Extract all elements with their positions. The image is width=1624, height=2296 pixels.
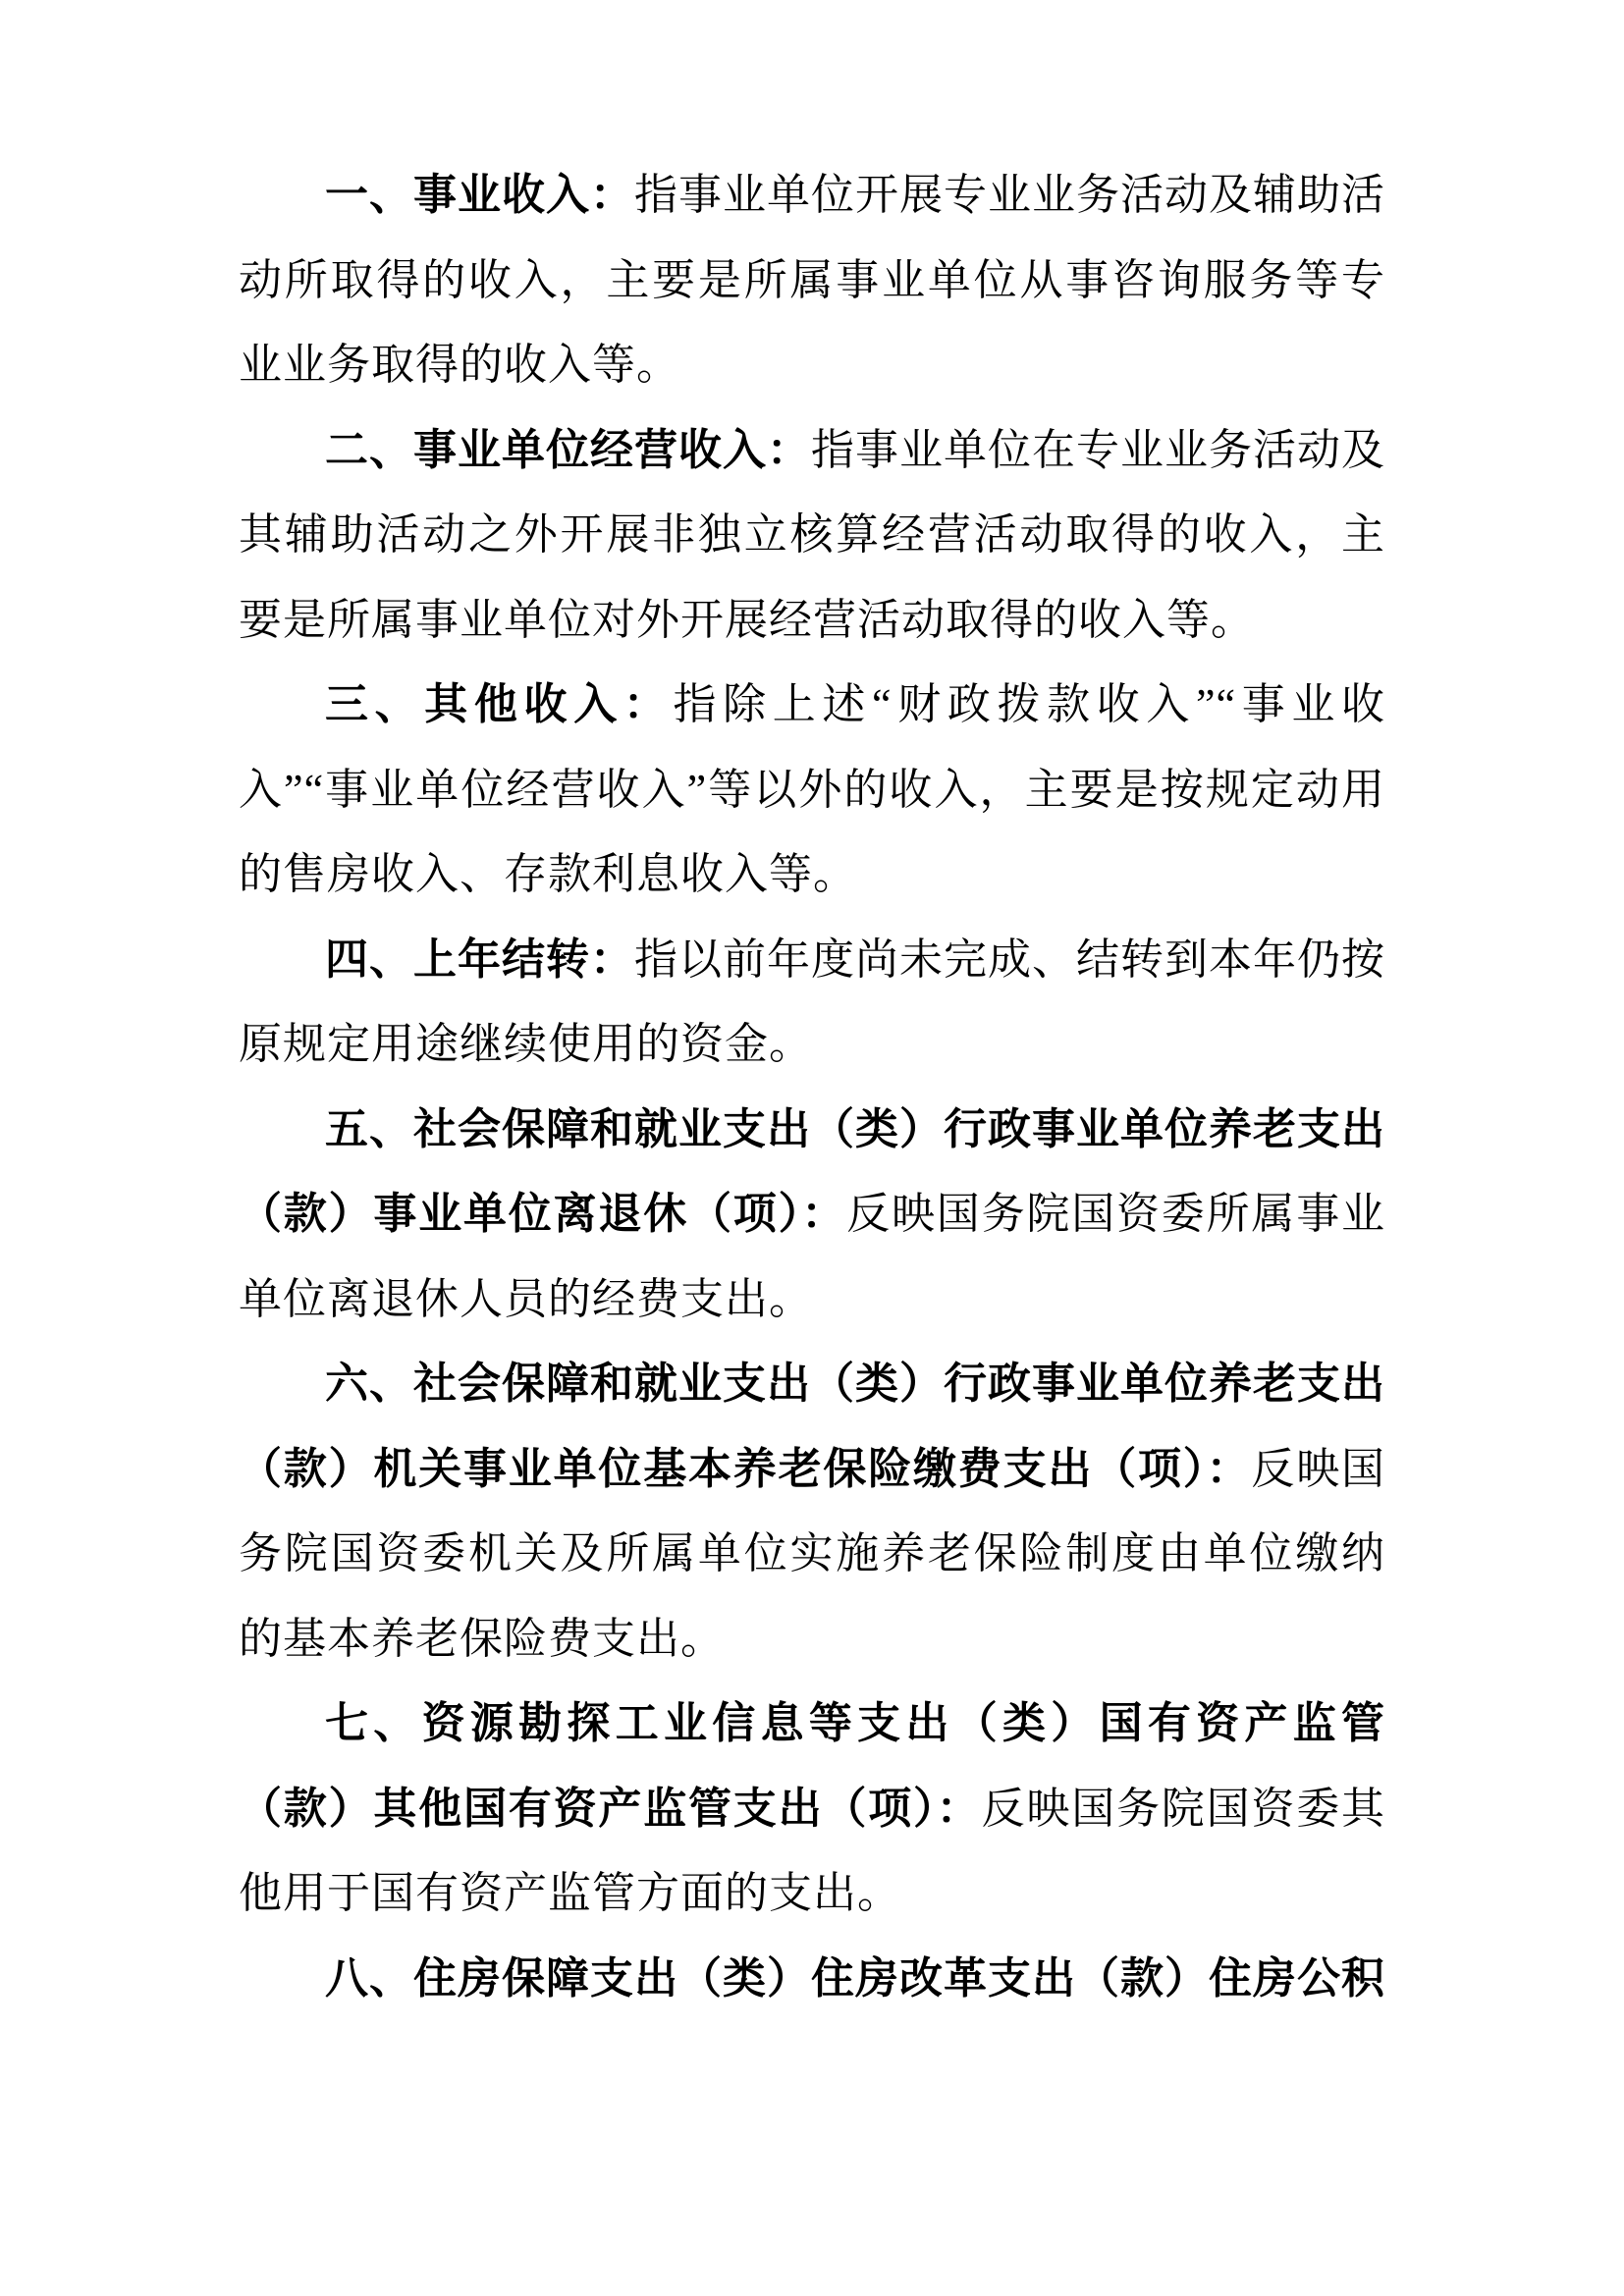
- paragraph: 一、事业收入：指事业单位开展专业业务活动及辅助活动所取得的收入，主要是所属事业单…: [239, 153, 1385, 408]
- paragraph: 五、社会保障和就业支出（类）行政事业单位养老支出（款）事业单位离退休（项）：反映…: [239, 1088, 1385, 1343]
- document-page: 一、事业收入：指事业单位开展专业业务活动及辅助活动所取得的收入，主要是所属事业单…: [0, 0, 1624, 2296]
- paragraph-lead: 六、社会保障和就业支出（类）行政事业单位养老支出（款）机关事业单位基本养老保险缴…: [239, 1360, 1385, 1493]
- paragraph: 二、事业单位经营收入：指事业单位在专业业务活动及其辅助活动之外开展非独立核算经营…: [239, 408, 1385, 664]
- paragraph-lead: 二、事业单位经营收入：: [325, 426, 811, 474]
- document-body-text: 一、事业收入：指事业单位开展专业业务活动及辅助活动所取得的收入，主要是所属事业单…: [239, 153, 1385, 2021]
- paragraph-lead: 八、住房保障支出（类）住房改革支出（款）住房公积: [325, 1954, 1385, 2002]
- paragraph: 三、其他收入：指除上述“财政拨款收入”“事业收入”“事业单位经营收入”等以外的收…: [239, 663, 1385, 918]
- paragraph: 六、社会保障和就业支出（类）行政事业单位养老支出（款）机关事业单位基本养老保险缴…: [239, 1342, 1385, 1682]
- paragraph-lead: 三、其他收入：: [325, 680, 673, 728]
- paragraph-lead: 四、上年结转：: [325, 935, 634, 984]
- paragraph-lead: 一、事业收入：: [325, 171, 634, 219]
- paragraph: 八、住房保障支出（类）住房改革支出（款）住房公积: [239, 1937, 1385, 2022]
- paragraph: 七、资源勘探工业信息等支出（类）国有资产监管（款）其他国有资产监管支出（项）：反…: [239, 1682, 1385, 1937]
- paragraph: 四、上年结转：指以前年度尚未完成、结转到本年仍按原规定用途继续使用的资金。: [239, 918, 1385, 1088]
